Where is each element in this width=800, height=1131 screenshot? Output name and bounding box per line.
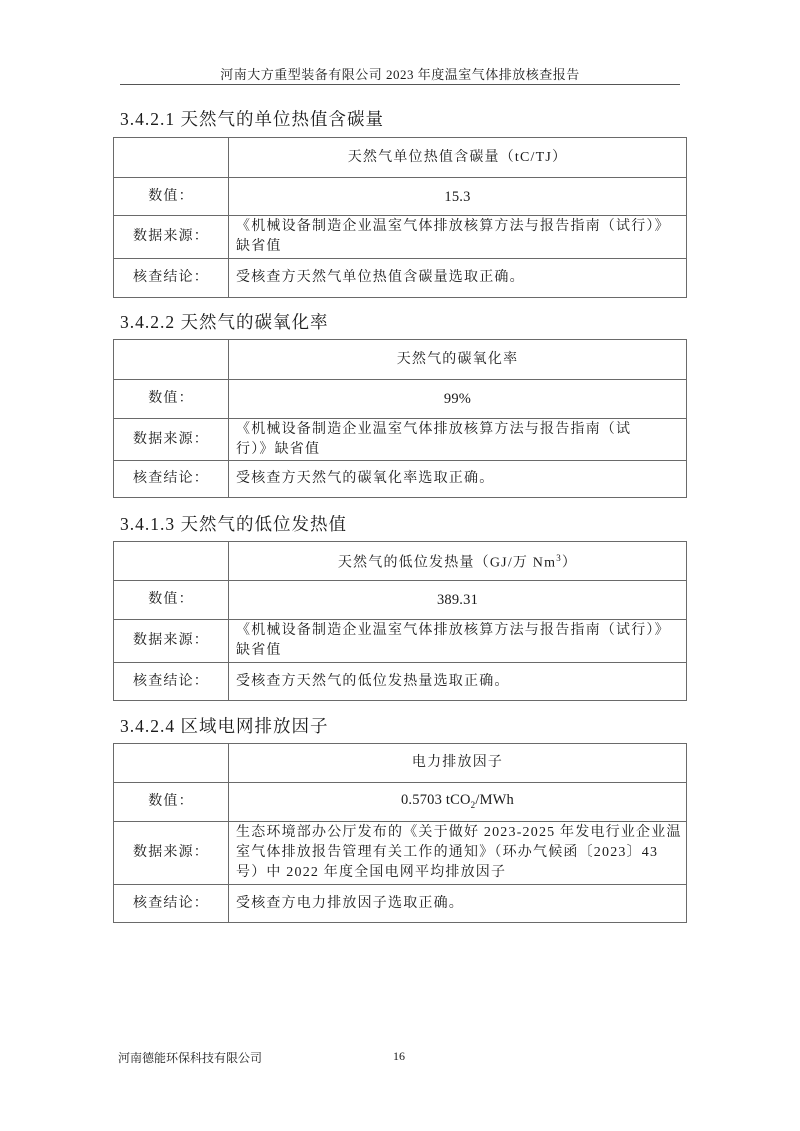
source-label: 数据来源： [114,419,229,461]
header-divider [120,84,680,85]
section-heading-oxidation-rate: 3.4.2.2 天然气的碳氧化率 [120,309,329,334]
source-label: 数据来源： [114,620,229,663]
carbon-content-table: 天然气单位热值含碳量（tC/TJ） 数值： 15.3 数据来源： 《机械设备制造… [113,137,687,298]
column-header: 天然气的低位发热量（GJ/万 Nm3） [229,542,687,581]
footer-company: 河南德能环保科技有限公司 [118,1049,262,1066]
empty-header-cell [114,340,229,380]
running-header: 河南大方重型装备有限公司 2023 年度温室气体排放核查报告 [120,64,680,83]
value-label: 数值： [114,380,229,419]
value-label: 数值： [114,178,229,216]
source-cell: 生态环境部办公厅发布的《关于做好 2023-2025 年发电行业企业温室气体排放… [229,822,687,885]
grid-emission-factor-table: 电力排放因子 数值： 0.5703 tCO2/MWh 数据来源： 生态环境部办公… [113,743,687,923]
calorific-value-table: 天然气的低位发热量（GJ/万 Nm3） 数值： 389.31 数据来源： 《机械… [113,541,687,701]
conclusion-label: 核查结论： [114,663,229,701]
conclusion-label: 核查结论： [114,461,229,498]
oxidation-rate-table: 天然气的碳氧化率 数值： 99% 数据来源： 《机械设备制造企业温室气体排放核算… [113,339,687,498]
value-cell: 389.31 [229,581,687,620]
conclusion-cell: 受核查方电力排放因子选取正确。 [229,885,687,923]
conclusion-cell: 受核查方天然气的碳氧化率选取正确。 [229,461,687,498]
value-cell: 0.5703 tCO2/MWh [229,783,687,822]
conclusion-cell: 受核查方天然气单位热值含碳量选取正确。 [229,259,687,298]
source-label: 数据来源： [114,822,229,885]
value-label: 数值： [114,581,229,620]
column-header: 电力排放因子 [229,744,687,783]
section-heading-calorific-value: 3.4.1.3 天然气的低位发热值 [120,511,347,536]
column-header: 天然气单位热值含碳量（tC/TJ） [229,138,687,178]
empty-header-cell [114,138,229,178]
empty-header-cell [114,542,229,581]
column-header: 天然气的碳氧化率 [229,340,687,380]
source-label: 数据来源： [114,216,229,259]
source-cell: 《机械设备制造企业温室气体排放核算方法与报告指南（试行）》缺省值 [229,419,687,461]
value-cell: 15.3 [229,178,687,216]
value-cell: 99% [229,380,687,419]
section-heading-grid-emission-factor: 3.4.2.4 区域电网排放因子 [120,713,329,738]
conclusion-cell: 受核查方天然气的低位发热量选取正确。 [229,663,687,701]
empty-header-cell [114,744,229,783]
page-number: 16 [393,1049,405,1064]
source-cell: 《机械设备制造企业温室气体排放核算方法与报告指南（试行）》缺省值 [229,620,687,663]
conclusion-label: 核查结论： [114,885,229,923]
source-cell: 《机械设备制造企业温室气体排放核算方法与报告指南（试行）》缺省值 [229,216,687,259]
section-heading-carbon-content: 3.4.2.1 天然气的单位热值含碳量 [120,106,384,131]
value-label: 数值： [114,783,229,822]
conclusion-label: 核查结论： [114,259,229,298]
